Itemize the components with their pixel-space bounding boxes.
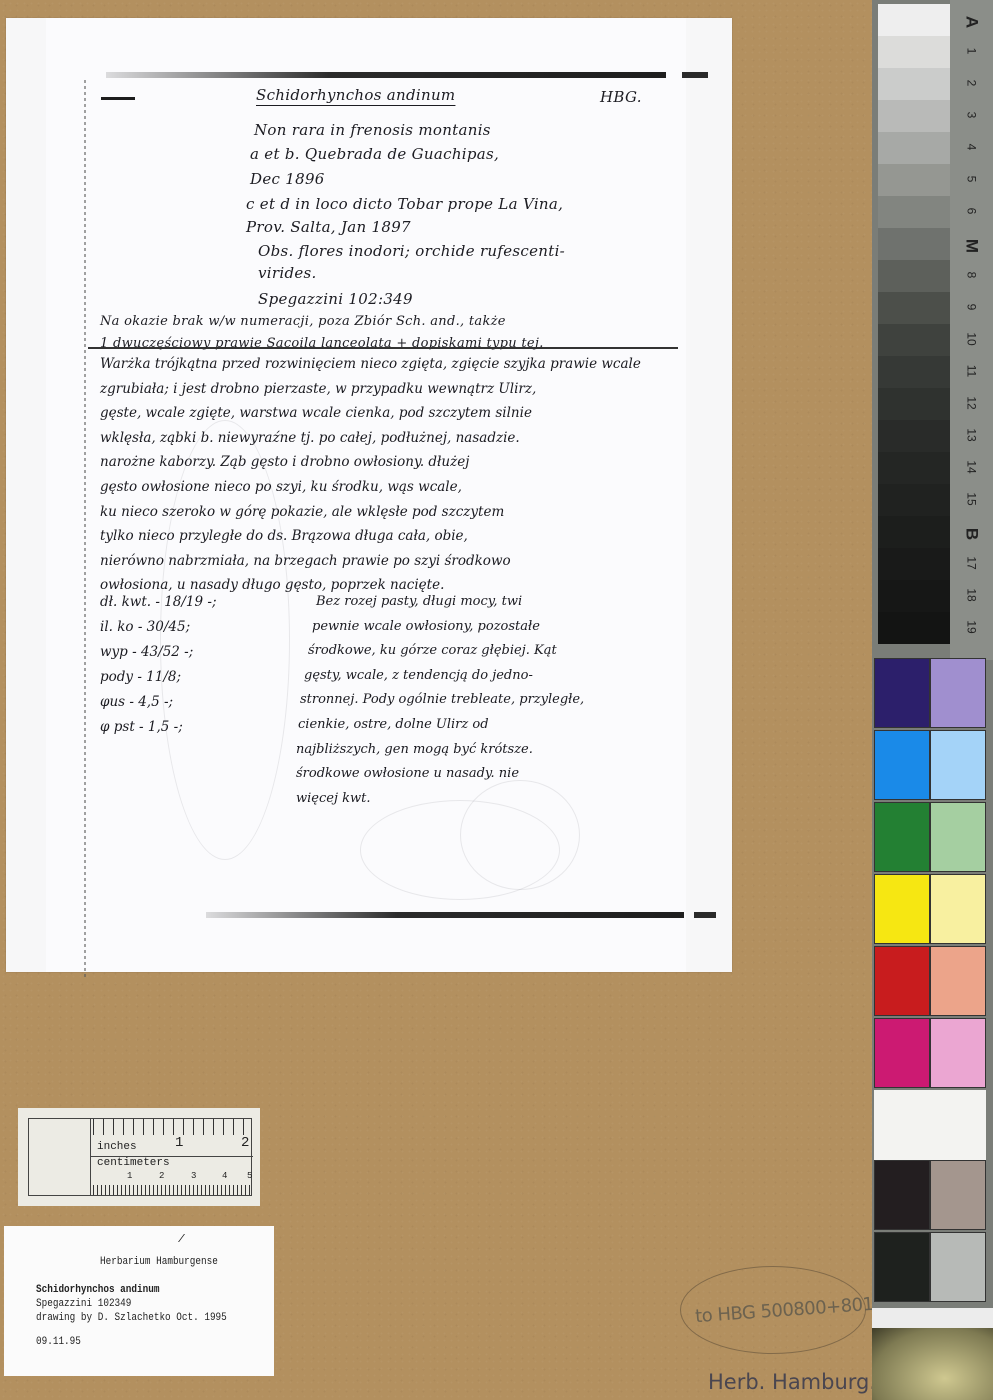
color-patch [930,1160,986,1230]
label-date: 09.11.95 [36,1336,81,1348]
measurement: pody - 11/8; [100,665,217,690]
gray-step [878,548,950,580]
latin-line: c et d in loco dicto Tobar prope La Vina… [246,195,563,213]
herbarium-stamp: Herb. Hamburg. [708,1370,876,1394]
gray-scale [878,4,950,644]
gray-step [878,324,950,356]
cm-tick-label: 3 [191,1171,196,1181]
collector-number: Spegazzini 102:349 [258,290,413,308]
color-patch [874,874,930,944]
gray-step [878,452,950,484]
gray-step [878,484,950,516]
bottom-scan-mark [694,912,716,918]
gray-step [878,196,950,228]
scale-ruler: inches 1 2 centimeters 1 2 3 4 5 [18,1108,260,1206]
right-line: cienkie, ostre, dolne Ulirz od [296,713,584,738]
right-line: najbliższych, gen mogą być krótsze. [296,738,584,763]
right-description: Bez rozej pasty, długi mocy, twi pewnie … [296,590,584,811]
color-patch [930,946,986,1016]
inch-tick-label: 2 [241,1135,249,1151]
gray-step [878,164,950,196]
description-line: gęsto owłosione nieco po szyi, ku środku… [100,475,641,500]
description-line: zgrubiała; i jest drobno pierzaste, w pr… [100,377,641,402]
color-patch [930,730,986,800]
institution-name: Herbarium Hamburgense [100,1256,218,1268]
color-patch [874,946,930,1016]
inch-ticks [93,1119,251,1135]
margin-line [84,80,86,980]
gray-step [878,580,950,612]
right-line: środkowe owłosione u nasady. nie [296,762,584,787]
cm-tick-label: 5 [247,1171,252,1181]
latin-line: Prov. Salta, Jan 1897 [246,218,411,236]
description-line: narożne kaborzy. Ząb gęsto i drobno owło… [100,450,641,475]
right-line: gęsty, wcale, z tendencją do jedno- [296,664,584,689]
top-scan-bar [106,72,666,78]
color-patch [930,1232,986,1302]
gray-step [878,516,950,548]
measurement: il. ko - 30/45; [100,615,217,640]
latin-line: Obs. flores inodori; orchide rufescenti- [258,242,565,260]
color-patch [930,1018,986,1088]
white-patch [874,1090,986,1160]
species-title: Schidorhynchos andinum [256,86,455,104]
margin-dash [101,97,135,100]
gray-step [878,260,950,292]
chart-bottom-edge [872,1328,993,1400]
latin-line: a et b. Quebrada de Guachipas, [250,145,499,163]
measurements-list: dł. kwt. - 18/19 -; il. ko - 30/45; wyp … [100,590,217,740]
right-line: Bez rozej pasty, długi mocy, twi [296,590,584,615]
bottom-scan-bar [206,912,684,918]
right-line: środkowe, ku górze coraz głębiej. Kąt [296,639,584,664]
color-patch [874,1232,930,1302]
gray-step [878,68,950,100]
collector-info: Spegazzini 102349 [36,1298,131,1310]
cm-ticks [93,1185,251,1195]
description-line: ku nieco szeroko w górę pokazie, ale wkl… [100,500,641,525]
ruler-blank-area [29,1119,91,1195]
gray-step [878,132,950,164]
color-patch [874,1018,930,1088]
gray-step [878,292,950,324]
species-name: Schidorhynchos andinum [36,1284,159,1296]
gray-step [878,4,950,36]
drawing-credit: drawing by D. Szlachetko Oct. 1995 [36,1312,227,1324]
description-paragraph: Warżka trójkątna przed rozwinięciem niec… [100,352,641,598]
cm-tick-label: 1 [127,1171,132,1181]
chart-bottom-strip [872,1308,993,1328]
measurement: dł. kwt. - 18/19 -; [100,590,217,615]
centimeters-label: centimeters [97,1157,170,1169]
color-patch [874,1160,930,1230]
cm-tick-label: 4 [222,1171,227,1181]
right-line: stronnej. Pody ogólnie trebleate, przyle… [296,688,584,713]
inches-label: inches [97,1141,137,1153]
label-mark: / [178,1234,185,1246]
ruler-frame: inches 1 2 centimeters 1 2 3 4 5 [28,1118,252,1196]
inch-tick-label: 1 [175,1135,183,1151]
measurement: φ pst - 1,5 -; [100,715,217,740]
right-line: więcej kwt. [296,787,584,812]
note-line: Na okazie brak w/w numeracji, poza Zbiór… [100,314,506,329]
color-patch [930,658,986,728]
gray-step [878,356,950,388]
herbarium-code: HBG. [600,88,642,106]
gray-scale-label: 19 [965,606,979,649]
gray-step [878,228,950,260]
color-patch [874,802,930,872]
gray-step [878,100,950,132]
description-line: wklęsła, ząbki b. niewyraźne tj. po całe… [100,426,641,451]
color-calibration-chart: A123456M89101112131415B171819 [872,0,993,1400]
latin-line: Dec 1896 [250,170,325,188]
measurement: wyp - 43/52 -; [100,640,217,665]
color-patch [930,802,986,872]
color-patch [930,874,986,944]
top-scan-mark [682,72,708,78]
measurement: φus - 4,5 -; [100,690,217,715]
description-line: nierówno nabrzmiała, na brzegach prawie … [100,549,641,574]
gray-step [878,612,950,644]
section-divider [88,347,678,349]
herbarium-label: / Herbarium Hamburgense Schidorhynchos a… [4,1226,274,1376]
color-patch [874,658,930,728]
description-line: tylko nieco przyległe do ds. Brązowa dłu… [100,524,641,549]
color-patch [874,730,930,800]
gray-scale-labels: A123456M89101112131415B171819 [950,0,993,660]
gray-step [878,36,950,68]
latin-line: virides. [258,264,317,282]
gray-step [878,420,950,452]
gray-step [878,388,950,420]
cm-tick-label: 2 [159,1171,164,1181]
description-line: gęste, wcale zgięte, warstwa wcale cienk… [100,401,641,426]
latin-line: Non rara in frenosis montanis [254,121,491,139]
right-line: pewnie wcale owłosiony, pozostałe [296,615,584,640]
description-line: Warżka trójkątna przed rozwinięciem niec… [100,352,641,377]
